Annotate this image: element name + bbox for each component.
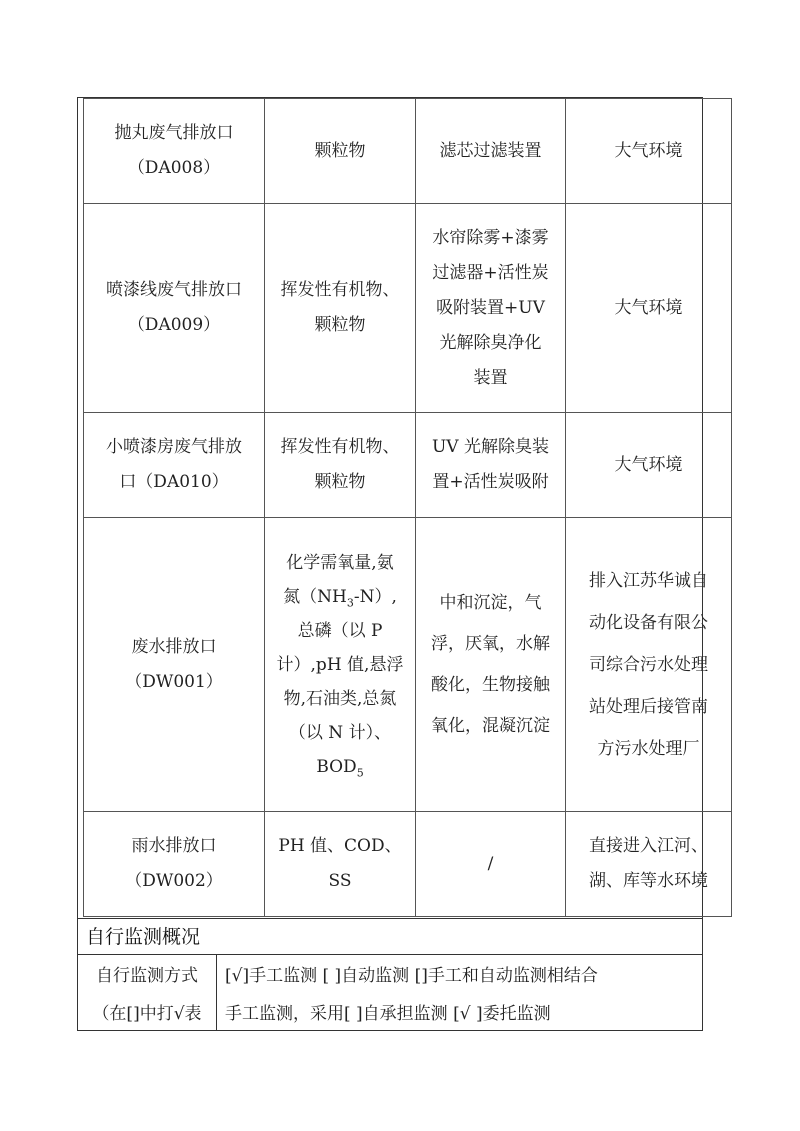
outlet-cell: 雨水排放口 （DW002） (84, 812, 265, 917)
treatment-cell: 中和沉淀，气 浮，厌氧，水解 酸化，生物接触 氧化，混凝沉淀 (416, 518, 566, 812)
pollutant-text: PH 值、COD、 (269, 829, 411, 864)
table-row: 抛丸废气排放口 （DA008） 颗粒物 滤芯过滤装置 大气环境 (84, 99, 732, 204)
destination-cell: 大气环境 (566, 99, 732, 204)
label-line: （在[]中打√表 (78, 995, 216, 1033)
treatment-text: 置+活性炭吸附 (420, 465, 561, 500)
treatment-text: 光解除臭净化 (420, 326, 561, 361)
document-table-frame: 抛丸废气排放口 （DA008） 颗粒物 滤芯过滤装置 大气环境 喷漆线废气排放口… (77, 97, 703, 1031)
destination-cell: 排入江苏华诚自 动化设备有限公 司综合污水处理 站处理后接管南 方污水处理厂 (566, 518, 732, 812)
outlet-cell: 喷漆线废气排放口 （DA009） (84, 204, 265, 413)
pollutant-text: 化学需氧量,氨 (269, 546, 411, 580)
outlet-code: （DA009） (88, 308, 260, 343)
table-row: 废水排放口 （DW001） 化学需氧量,氨 氮（NH3-N）, 总磷（以 P 计… (84, 518, 732, 812)
outlet-cell: 废水排放口 （DW001） (84, 518, 265, 812)
subscript: 3 (347, 596, 354, 609)
treatment-text: 浮，厌氧，水解 (420, 624, 561, 665)
destination-text: 动化设备有限公 (570, 602, 727, 644)
treatment-text: 氧化，混凝沉淀 (420, 706, 561, 747)
label-line: 自行监测方式 (78, 957, 216, 995)
monitoring-options-line: 手工监测，采用[ ]自承担监测 [√ ]委托监测 (225, 995, 695, 1033)
self-monitoring-method-row: 自行监测方式 （在[]中打√表 [√]手工监测 [ ]自动监测 []手工和自动监… (78, 955, 702, 1031)
treatment-cell: UV 光解除臭装 置+活性炭吸附 (416, 413, 566, 518)
outlet-name: 雨水排放口 (88, 829, 260, 864)
outlet-code: 口（DA010） (88, 465, 260, 500)
pollutant-text: SS (269, 864, 411, 899)
destination-text: 排入江苏华诚自 (570, 560, 727, 602)
destination-cell: 大气环境 (566, 413, 732, 518)
outlet-name: 喷漆线废气排放口 (88, 273, 260, 308)
pollutant-cell: 挥发性有机物、 颗粒物 (265, 204, 416, 413)
self-monitoring-method-label: 自行监测方式 （在[]中打√表 (78, 955, 217, 1031)
outlet-code: （DA008） (88, 151, 260, 186)
pollutant-text: （以 N 计）、 (269, 716, 411, 750)
pollutant-text: 氮（NH3-N）, (269, 580, 411, 614)
outlet-cell: 抛丸废气排放口 （DA008） (84, 99, 265, 204)
outlet-code: （DW002） (88, 864, 260, 899)
treatment-text: 滤芯过滤装置 (420, 134, 561, 169)
pollutant-cell: 颗粒物 (265, 99, 416, 204)
destination-text: 司综合污水处理 (570, 644, 727, 686)
treatment-text: 装置 (420, 361, 561, 396)
treatment-cell: / (416, 812, 566, 917)
pollutant-cell: 化学需氧量,氨 氮（NH3-N）, 总磷（以 P 计）,pH 值,悬浮 物,石油… (265, 518, 416, 812)
outlet-code: （DW001） (88, 665, 260, 700)
outlet-cell: 小喷漆房废气排放 口（DA010） (84, 413, 265, 518)
monitoring-options-line: [√]手工监测 [ ]自动监测 []手工和自动监测相结合 (225, 957, 695, 995)
pollutant-text-part: -N）, (354, 587, 397, 607)
treatment-text: 过滤器+活性炭 (420, 256, 561, 291)
pollutant-text: 总磷（以 P (269, 614, 411, 648)
treatment-text: 酸化，生物接触 (420, 665, 561, 706)
table-row: 小喷漆房废气排放 口（DA010） 挥发性有机物、 颗粒物 UV 光解除臭装 置… (84, 413, 732, 518)
subscript: 5 (357, 766, 364, 779)
destination-text: 站处理后接管南 (570, 686, 727, 728)
pollutant-text: 挥发性有机物、 (269, 273, 411, 308)
pollutant-cell: 挥发性有机物、 颗粒物 (265, 413, 416, 518)
table-row: 喷漆线废气排放口 （DA009） 挥发性有机物、 颗粒物 水帘除雾+漆雾 过滤器… (84, 204, 732, 413)
pollutant-text: 计）,pH 值,悬浮 (269, 648, 411, 682)
pollutant-text-part: BOD (316, 757, 356, 777)
treatment-text: 水帘除雾+漆雾 (420, 221, 561, 256)
pollutant-text: 物,石油类,总氮 (269, 682, 411, 716)
destination-cell: 直接进入江河、 湖、库等水环境 (566, 812, 732, 917)
table-row: 雨水排放口 （DW002） PH 值、COD、 SS / 直接进入江河、 湖、库… (84, 812, 732, 917)
treatment-cell: 水帘除雾+漆雾 过滤器+活性炭 吸附装置+UV 光解除臭净化 装置 (416, 204, 566, 413)
discharge-outlet-table: 抛丸废气排放口 （DA008） 颗粒物 滤芯过滤装置 大气环境 喷漆线废气排放口… (83, 98, 732, 917)
treatment-text: 中和沉淀，气 (420, 583, 561, 624)
section-heading-self-monitoring: 自行监测概况 (78, 918, 702, 955)
pollutant-text: 颗粒物 (269, 134, 411, 169)
treatment-text: 吸附装置+UV (420, 291, 561, 326)
destination-text: 大气环境 (570, 134, 727, 169)
pollutant-text: 颗粒物 (269, 465, 411, 500)
outlet-name: 小喷漆房废气排放 (88, 430, 260, 465)
pollutant-text: BOD5 (269, 750, 411, 784)
pollutant-text: 挥发性有机物、 (269, 430, 411, 465)
pollutant-text: 颗粒物 (269, 308, 411, 343)
treatment-text: UV 光解除臭装 (420, 430, 561, 465)
self-monitoring-method-options: [√]手工监测 [ ]自动监测 []手工和自动监测相结合 手工监测，采用[ ]自… (225, 955, 695, 1033)
outlet-name: 抛丸废气排放口 (88, 116, 260, 151)
pollutant-cell: PH 值、COD、 SS (265, 812, 416, 917)
treatment-text: / (420, 847, 561, 882)
destination-text: 大气环境 (570, 448, 727, 483)
destination-text: 方污水处理厂 (570, 728, 727, 770)
pollutant-text-part: 氮（NH (283, 587, 347, 607)
destination-text: 直接进入江河、 (570, 829, 727, 864)
destination-text: 湖、库等水环境 (570, 864, 727, 899)
destination-text: 大气环境 (570, 291, 727, 326)
outlet-name: 废水排放口 (88, 630, 260, 665)
destination-cell: 大气环境 (566, 204, 732, 413)
treatment-cell: 滤芯过滤装置 (416, 99, 566, 204)
